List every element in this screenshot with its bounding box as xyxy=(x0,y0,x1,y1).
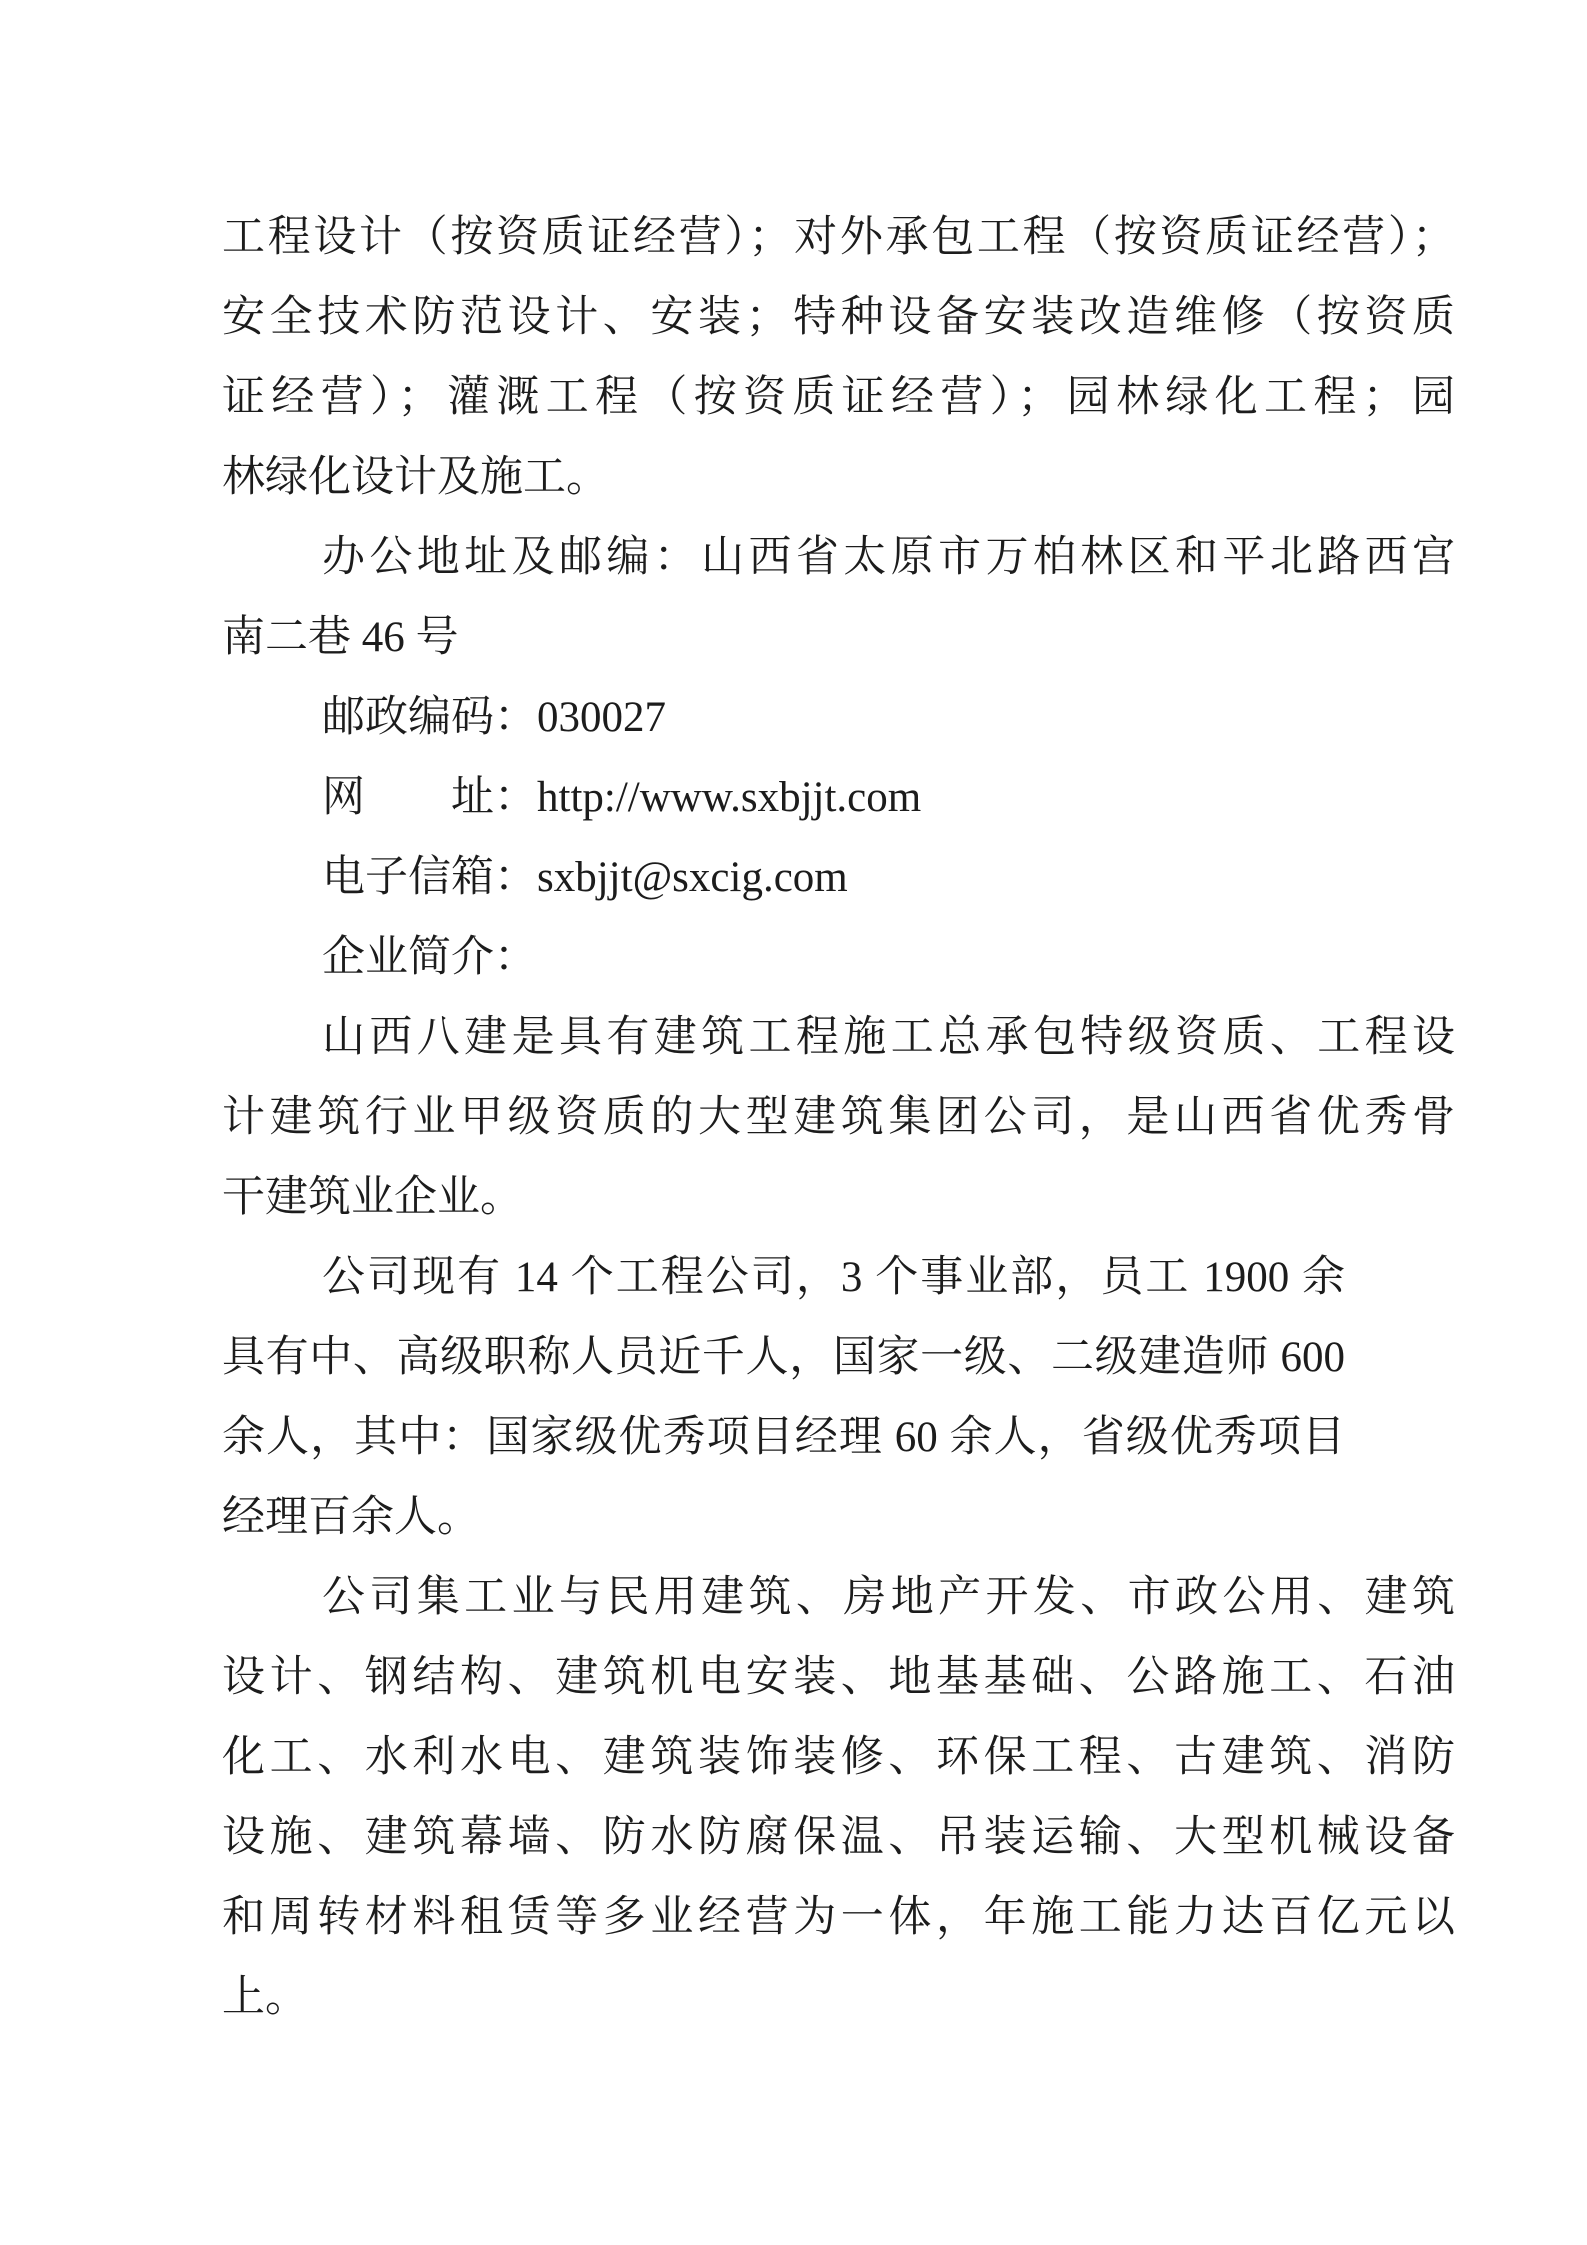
line-profile-heading: 企业简介： xyxy=(222,918,1455,998)
line-staff-stats-3: 余人，其中：国家级优秀项目经理 60 余人，省级优秀项目 xyxy=(222,1398,1455,1478)
line-business-lines-2: 设计、钢结构、建筑机电安装、地基基础、公路施工、石油 xyxy=(222,1638,1455,1718)
line-staff-stats-4: 经理百余人。 xyxy=(222,1478,1455,1558)
line-email-address: 电子信箱：sxbjjt@sxcig.com xyxy=(222,838,1455,918)
line-business-scope-1: 工程设计（按资质证经营）；对外承包工程（按资质证经营）； xyxy=(222,198,1455,278)
line-postal-code: 邮政编码：030027 xyxy=(222,678,1455,758)
line-office-address-2: 南二巷 46 号 xyxy=(222,598,1455,678)
line-staff-stats-1: 公司现有 14 个工程公司，3 个事业部，员工 1900 余人， xyxy=(222,1238,1455,1318)
line-business-lines-3: 化工、水利水电、建筑装饰装修、环保工程、古建筑、消防 xyxy=(222,1718,1455,1798)
line-website-url: 网 址：http://www.sxbjjt.com xyxy=(222,758,1455,838)
line-company-intro-2: 计建筑行业甲级资质的大型建筑集团公司，是山西省优秀骨 xyxy=(222,1078,1455,1158)
line-business-lines-1: 公司集工业与民用建筑、房地产开发、市政公用、建筑 xyxy=(222,1558,1455,1638)
line-business-scope-2: 安全技术防范设计、安装；特种设备安装改造维修（按资质 xyxy=(222,278,1455,358)
line-office-address-1: 办公地址及邮编：山西省太原市万柏林区和平北路西宫 xyxy=(222,518,1455,598)
line-business-scope-4: 林绿化设计及施工。 xyxy=(222,438,1455,518)
line-business-lines-5: 和周转材料租赁等多业经营为一体，年施工能力达百亿元以 xyxy=(222,1878,1455,1958)
document-page: 工程设计（按资质证经营）；对外承包工程（按资质证经营）； 安全技术防范设计、安装… xyxy=(0,0,1587,2245)
line-company-intro-1: 山西八建是具有建筑工程施工总承包特级资质、工程设 xyxy=(222,998,1455,1078)
line-company-intro-3: 干建筑业企业。 xyxy=(222,1158,1455,1238)
line-business-scope-3: 证经营）；灌溉工程（按资质证经营）；园林绿化工程；园 xyxy=(222,358,1455,438)
line-staff-stats-2: 具有中、高级职称人员近千人，国家一级、二级建造师 600 xyxy=(222,1318,1455,1398)
document-text-block: 工程设计（按资质证经营）；对外承包工程（按资质证经营）； 安全技术防范设计、安装… xyxy=(222,198,1455,2038)
line-business-lines-4: 设施、建筑幕墙、防水防腐保温、吊装运输、大型机械设备 xyxy=(222,1798,1455,1878)
line-business-lines-6: 上。 xyxy=(222,1958,1455,2038)
